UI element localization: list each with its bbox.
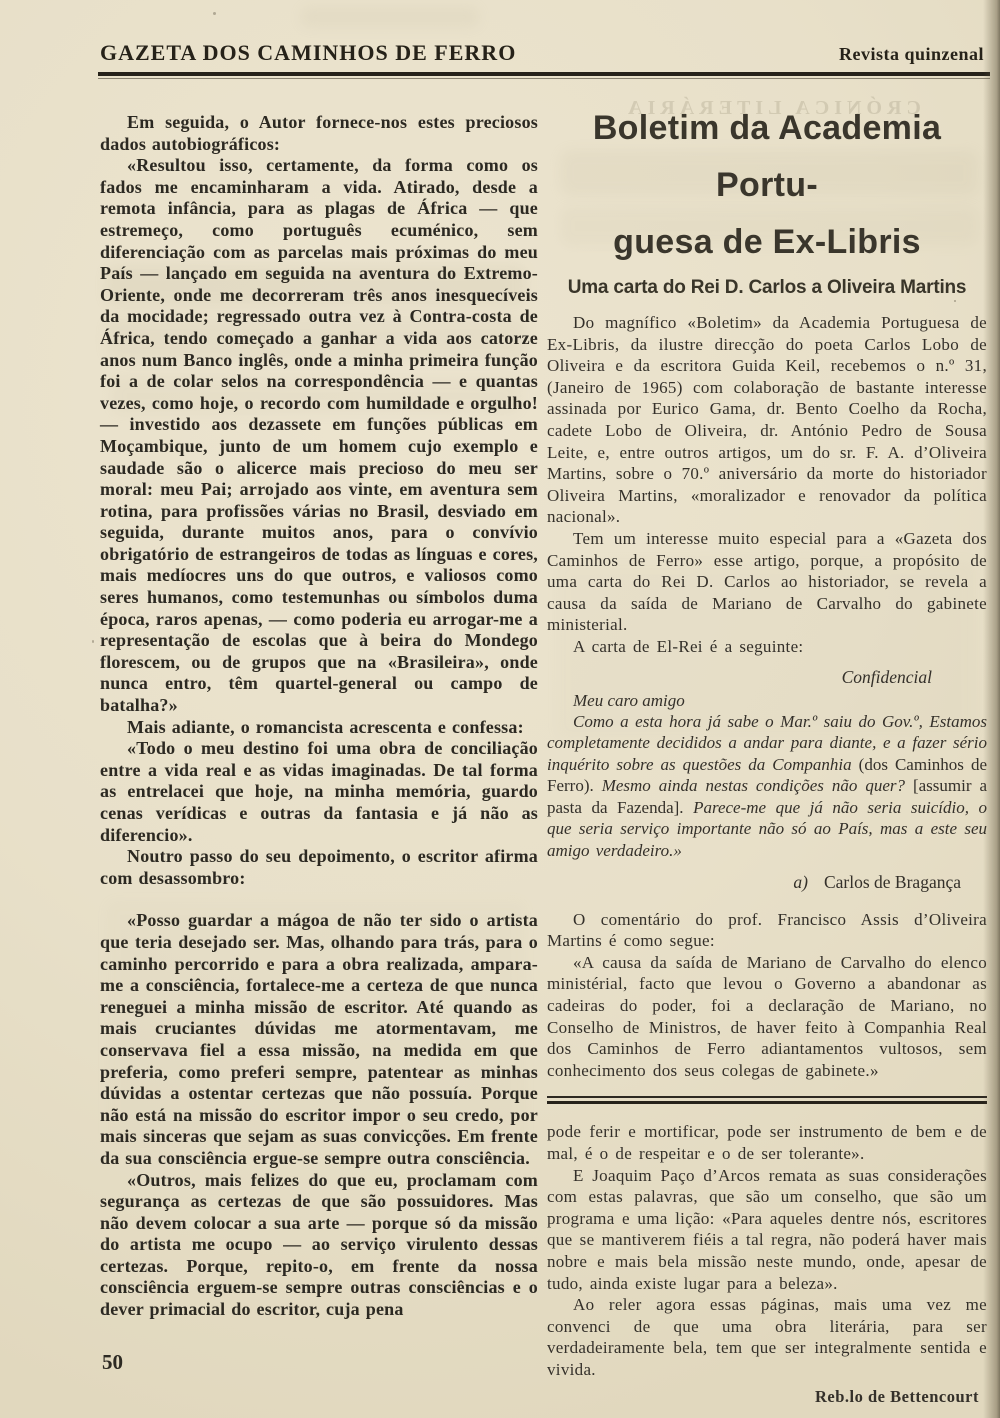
article-subheadline: Uma carta do Rei D. Carlos a Oliveira Ma… (547, 277, 987, 299)
paragraph: Mais adiante, o romancista acrescenta e … (100, 717, 538, 739)
page-number: 50 (102, 1350, 123, 1375)
paragraph: O comentário do prof. Francisco Assis d’… (547, 909, 987, 952)
masthead-title: GAZETA DOS CAMINHOS DE FERRO (100, 40, 516, 66)
letter-confidential-tag: Confidencial (547, 667, 987, 688)
paragraph: Ao reler agora essas páginas, mais uma v… (547, 1294, 987, 1380)
paragraph: A carta de El-Rei é a seguinte: (547, 636, 987, 658)
paragraph: Noutro passo do seu depoimento, o escrit… (100, 846, 538, 889)
letter-body: Como a esta hora já sabe o Mar.º saiu do… (547, 711, 987, 862)
ink-speck (213, 12, 216, 15)
royal-letter: Confidencial Meu caro amigo Como a esta … (547, 667, 987, 893)
divider-line-thin (547, 1096, 987, 1098)
paragraph: Do magnífico «Boletim» da Academia Portu… (547, 312, 987, 528)
ink-speck (92, 640, 94, 643)
paragraph: «A causa da saída de Mariano de Carvalho… (547, 952, 987, 1082)
paragraph: «Posso guardar a mágoa de não ter sido o… (100, 910, 538, 1169)
author-byline: Reb.lo de Bettencourt (547, 1387, 987, 1407)
issue-frequency-label: Revista quinzenal (839, 44, 984, 65)
signature-prefix: a) (793, 872, 808, 892)
paragraph: pode ferir e mortificar, pode ser instru… (547, 1121, 987, 1164)
magazine-page-scan: CRÓNICA LITERÁRIA GAZETA DOS CAMINHOS DE… (0, 0, 1000, 1418)
header-rule (98, 72, 990, 79)
section-divider (547, 1096, 987, 1104)
letter-segment: Mesmo ainda nestas condições não quer? (602, 776, 913, 795)
letter-signature: a)Carlos de Bragança (547, 872, 987, 893)
ghost-smudge (300, 6, 480, 28)
signature-name: Carlos de Bragança (824, 872, 961, 892)
article-headline-line-2: guesa de Ex-Libris (547, 214, 987, 271)
paragraph: Tem um interesse muito especial para a «… (547, 528, 987, 636)
page-edge-shadow (983, 0, 1000, 1418)
article-headline-line-1: Boletim da Academia Portu- (547, 100, 987, 214)
paragraph: «Todo o meu destino foi uma obra de conc… (100, 738, 538, 846)
paragraph: «Outros, mais felizes do que eu, proclam… (100, 1170, 538, 1321)
letter-salutation: Meu caro amigo (547, 691, 987, 711)
header-rule-main (98, 72, 990, 76)
paragraph: Em seguida, o Autor fornece-nos estes pr… (100, 112, 538, 155)
paragraph: E Joaquim Paço d’Arcos remata as suas co… (547, 1165, 987, 1295)
header-rule-echo (98, 78, 990, 79)
divider-line-thick (547, 1101, 987, 1104)
left-column: Em seguida, o Autor fornece-nos estes pr… (100, 112, 538, 1321)
right-column: Boletim da Academia Portu- guesa de Ex-L… (547, 100, 987, 1407)
paragraph: «Resultou isso, certamente, da forma com… (100, 155, 538, 716)
